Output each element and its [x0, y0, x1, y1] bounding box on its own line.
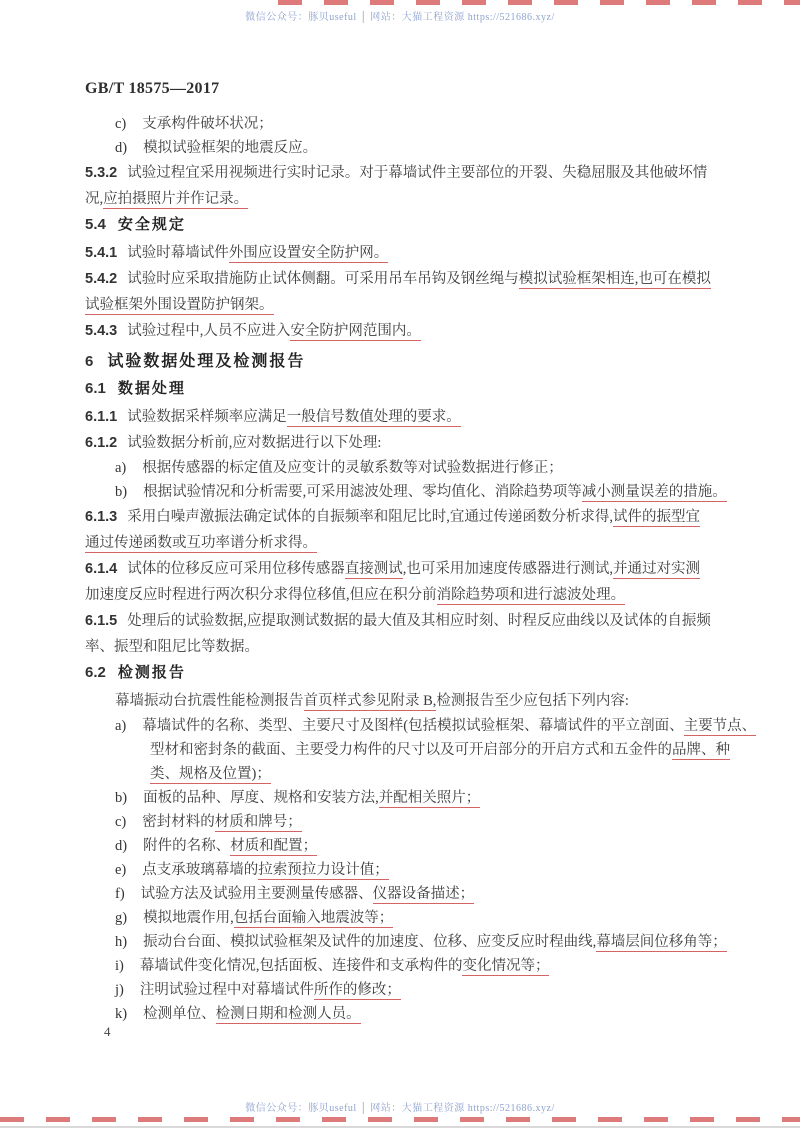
text-line: 5.4.3试验过程中,人员不应进入安全防护网范围内。 [85, 318, 733, 344]
line-marker: a) [115, 460, 126, 476]
red-underline-mark: 首页样式参见附录 B, [304, 693, 437, 711]
line-marker: d) [115, 140, 127, 156]
red-underline-mark: 试件的振型宜 [613, 509, 700, 527]
text-line: j)注明试验过程中对幕墙试件所作的修改； [85, 978, 733, 1002]
text-line: 6.1.5处理后的试验数据,应提取测试数据的最大值及其相应时刻、时程反应曲线以及… [85, 608, 733, 634]
text-line: b)根据试验情况和分析需要,可采用滤波处理、零均值化、消除趋势项等减小测量误差的… [85, 480, 733, 504]
line-marker: 5.4.3 [85, 323, 117, 339]
section-heading: 6.1数据处理 [85, 376, 733, 402]
red-underline-mark: 检测日期和检测人员。 [216, 1006, 361, 1024]
page-number: 4 [104, 1024, 111, 1040]
text-line: 况,应拍摄照片并作记录。 [85, 186, 733, 212]
line-text: 型材和密封条的截面、主要受力构件的尺寸以及可开启部分的开启方式和五金件的品牌、种 [150, 742, 730, 760]
text-line: 通过传递函数或互功率谱分析求得。 [85, 530, 733, 556]
line-text: 采用白噪声激振法确定试体的自振频率和阻尼比时,宜通过传递函数分析求得,试件的振型… [127, 509, 700, 527]
text-line: 5.4.2试验时应采取措施防止试体侧翻。可采用吊车吊钩及钢丝绳与模拟试验框架相连… [85, 266, 733, 292]
line-text: 安全规定 [118, 216, 186, 233]
doc-number: GB/T 18575—2017 [85, 80, 219, 98]
line-text: 面板的品种、厚度、规格和安装方法,并配相关照片； [143, 790, 480, 808]
red-underline-mark: 幕墙层间位移角等； [596, 934, 727, 952]
text-line: e)点支承玻璃幕墙的拉索预拉力设计值； [85, 858, 733, 882]
line-text: 支承构件破坏状况； [142, 116, 273, 132]
text-line: a)幕墙试件的名称、类型、主要尺寸及图样(包括模拟试验框架、幕墙试件的平立剖面、… [85, 714, 733, 738]
line-marker: 5.4.1 [85, 245, 117, 261]
line-text: 加速度反应时程进行两次积分求得位移值,但应在积分前消除趋势项和进行滤波处理。 [85, 587, 625, 605]
red-underline-mark: 模拟试验框架相连,也可在模拟 [519, 271, 711, 289]
line-marker: 5.4.2 [85, 271, 117, 287]
text-line: 5.4.1试验时幕墙试件外围应设置安全防护网。 [85, 240, 733, 266]
red-underline-mark: 减小测量误差的措施。 [582, 484, 727, 502]
red-underline-mark: 一般信号数值处理的要求。 [287, 409, 461, 427]
line-text: 模拟地震作用,包括台面输入地震波等； [143, 910, 393, 928]
line-marker: 6.1.5 [85, 613, 117, 629]
text-line: 率、振型和阻尼比等数据。 [85, 634, 733, 660]
red-underline-mark: 品牌、种 [672, 742, 730, 760]
text-line: a)根据传感器的标定值及应变计的灵敏系数等对试验数据进行修正； [85, 456, 733, 480]
line-text: 幕墙振动台抗震性能检测报告首页样式参见附录 B,检测报告至少应包括下列内容: [115, 693, 629, 711]
text-line: 类、规格及位置)； [85, 762, 733, 786]
line-marker: 6.1.4 [85, 561, 117, 577]
line-marker: 6.1.1 [85, 409, 117, 425]
line-marker: a) [115, 718, 126, 734]
text-line: h)振动台台面、模拟试验框架及试件的加速度、位移、应变反应时程曲线,幕墙层间位移… [85, 930, 733, 954]
document-page: 微信公众号：豚贝useful │ 网站：大猫工程资源 https://52168… [0, 0, 800, 1132]
line-marker: 6.2 [85, 664, 106, 681]
red-underline-mark: 类、规格及位置)； [150, 766, 271, 784]
red-underline-mark: 试验框架外围设置防护钢架。 [85, 297, 274, 315]
line-text: 根据试验情况和分析需要,可采用滤波处理、零均值化、消除趋势项等减小测量误差的措施… [143, 484, 727, 502]
content: c)支承构件破坏状况；d)模拟试验框架的地震反应。5.3.2试验过程宜采用视频进… [85, 112, 733, 1026]
red-underline-mark: 直接测试 [345, 561, 403, 579]
line-text: 试体的位移反应可采用位移传感器直接测试,也可采用加速度传感器进行测试,并通过对实… [127, 561, 700, 579]
line-text: 注明试验过程中对幕墙试件所作的修改； [140, 982, 401, 1000]
red-underline-mark: 主要节点、 [684, 718, 757, 736]
section-heading: 5.4安全规定 [85, 212, 733, 238]
text-line: 加速度反应时程进行两次积分求得位移值,但应在积分前消除趋势项和进行滤波处理。 [85, 582, 733, 608]
red-underline-mark: 安全防护网范围内。 [290, 323, 421, 341]
text-line: 5.3.2试验过程宜采用视频进行实时记录。对于幕墙试件主要部位的开裂、失稳屈服及… [85, 160, 733, 186]
line-text: 数据处理 [118, 380, 186, 397]
text-line: 6.1.1试验数据采样频率应满足一般信号数值处理的要求。 [85, 404, 733, 430]
line-text: 试验数据分析前,应对数据进行以下处理: [127, 435, 381, 451]
line-marker: 6.1 [85, 380, 106, 397]
red-underline-mark: 通过传递函数或互功率谱分析求得。 [85, 535, 317, 553]
text-line: k)检测单位、检测日期和检测人员。 [85, 1002, 733, 1026]
section-heading: 6.2检测报告 [85, 660, 733, 686]
red-underline-mark: 应拍摄照片并作记录。 [103, 191, 248, 209]
line-marker: j) [115, 982, 124, 998]
line-text: 幕墙试件的名称、类型、主要尺寸及图样(包括模拟试验框架、幕墙试件的平立剖面、主要… [142, 718, 756, 736]
red-underline-mark: 变化情况等； [462, 958, 549, 976]
watermark-text-top: 微信公众号：豚贝useful │ 网站：大猫工程资源 https://52168… [0, 8, 800, 23]
footer-rule [0, 1126, 800, 1128]
watermark-dashes-top-bar [278, 0, 800, 5]
line-text: 试验时应采取措施防止试体侧翻。可采用吊车吊钩及钢丝绳与模拟试验框架相连,也可在模… [127, 271, 711, 289]
line-text: 试验过程中,人员不应进入安全防护网范围内。 [127, 323, 421, 341]
line-marker: 5.3.2 [85, 165, 117, 181]
text-line: 型材和密封条的截面、主要受力构件的尺寸以及可开启部分的开启方式和五金件的品牌、种 [85, 738, 733, 762]
line-marker: c) [115, 814, 126, 830]
red-underline-mark: 所作的修改； [314, 982, 401, 1000]
line-text: 试验时幕墙试件外围应设置安全防护网。 [127, 245, 388, 263]
line-marker: 6 [85, 353, 93, 370]
line-text: 试验数据处理及检测报告 [107, 353, 305, 370]
text-line: i)幕墙试件变化情况,包括面板、连接件和支承构件的变化情况等； [85, 954, 733, 978]
watermark-text-bottom: 微信公众号：豚贝useful │ 网站：大猫工程资源 https://52168… [0, 1099, 800, 1114]
line-marker: b) [115, 790, 127, 806]
text-line: 试验框架外围设置防护钢架。 [85, 292, 733, 318]
line-text: 密封材料的材质和牌号； [142, 814, 302, 832]
line-marker: b) [115, 484, 127, 500]
line-marker: 6.1.2 [85, 435, 117, 451]
text-line: d)附件的名称、材质和配置； [85, 834, 733, 858]
red-underline-mark: 包括台面输入地震波等； [234, 910, 394, 928]
text-line: c)支承构件破坏状况； [85, 112, 733, 136]
text-line: 6.1.4试体的位移反应可采用位移传感器直接测试,也可采用加速度传感器进行测试,… [85, 556, 733, 582]
line-marker: d) [115, 838, 127, 854]
line-marker: c) [115, 116, 126, 132]
line-text: 率、振型和阻尼比等数据。 [85, 639, 259, 655]
line-text: 点支承玻璃幕墙的拉索预拉力设计值； [142, 862, 389, 880]
red-underline-mark: 仪器设备描述； [373, 886, 475, 904]
line-marker: e) [115, 862, 126, 878]
line-text: 振动台台面、模拟试验框架及试件的加速度、位移、应变反应时程曲线,幕墙层间位移角等… [143, 934, 727, 952]
text-line: f)试验方法及试验用主要测量传感器、仪器设备描述； [85, 882, 733, 906]
red-underline-mark: 消除趋势项和进行滤波处理。 [437, 587, 626, 605]
line-text: 试验数据采样频率应满足一般信号数值处理的要求。 [127, 409, 461, 427]
line-marker: i) [115, 958, 124, 974]
red-underline-mark: 并配相关照片； [379, 790, 481, 808]
text-line: g)模拟地震作用,包括台面输入地震波等； [85, 906, 733, 930]
line-text: 况,应拍摄照片并作记录。 [85, 191, 248, 209]
line-text: 根据传感器的标定值及应变计的灵敏系数等对试验数据进行修正； [142, 460, 563, 476]
line-marker: 6.1.3 [85, 509, 117, 525]
line-text: 检测报告 [118, 664, 186, 681]
red-underline-mark: 拉索预拉力设计值； [258, 862, 389, 880]
line-text: 试验框架外围设置防护钢架。 [85, 297, 274, 315]
text-line: d)模拟试验框架的地震反应。 [85, 136, 733, 160]
line-text: 通过传递函数或互功率谱分析求得。 [85, 535, 317, 553]
text-line: 6.1.3采用白噪声激振法确定试体的自振频率和阻尼比时,宜通过传递函数分析求得,… [85, 504, 733, 530]
line-text: 附件的名称、材质和配置； [143, 838, 317, 856]
section-heading: 6试验数据处理及检测报告 [85, 348, 733, 376]
text-line: c)密封材料的材质和牌号； [85, 810, 733, 834]
line-marker: g) [115, 910, 127, 926]
red-underline-mark: 材质和牌号； [215, 814, 302, 832]
text-line: 6.1.2试验数据分析前,应对数据进行以下处理: [85, 430, 733, 456]
line-marker: k) [115, 1006, 127, 1022]
line-marker: f) [115, 886, 125, 902]
watermark-dashes-bottom-bar [0, 1117, 800, 1122]
line-text: 试验过程宜采用视频进行实时记录。对于幕墙试件主要部位的开裂、失稳屈服及其他破坏情 [127, 165, 707, 181]
line-marker: h) [115, 934, 127, 950]
line-text: 试验方法及试验用主要测量传感器、仪器设备描述； [141, 886, 475, 904]
red-underline-mark: 材质和配置； [230, 838, 317, 856]
text-line: b)面板的品种、厚度、规格和安装方法,并配相关照片； [85, 786, 733, 810]
text-line: 幕墙振动台抗震性能检测报告首页样式参见附录 B,检测报告至少应包括下列内容: [85, 688, 733, 714]
line-marker: 5.4 [85, 216, 106, 233]
line-text: 幕墙试件变化情况,包括面板、连接件和支承构件的变化情况等； [140, 958, 550, 976]
line-text: 检测单位、检测日期和检测人员。 [143, 1006, 361, 1024]
red-underline-mark: 并通过对实测 [613, 561, 700, 579]
line-text: 模拟试验框架的地震反应。 [143, 140, 317, 156]
line-text: 处理后的试验数据,应提取测试数据的最大值及其相应时刻、时程反应曲线以及试体的自振… [127, 613, 711, 629]
line-text: 类、规格及位置)； [150, 766, 271, 784]
red-underline-mark: 外围应设置安全防护网。 [229, 245, 389, 263]
